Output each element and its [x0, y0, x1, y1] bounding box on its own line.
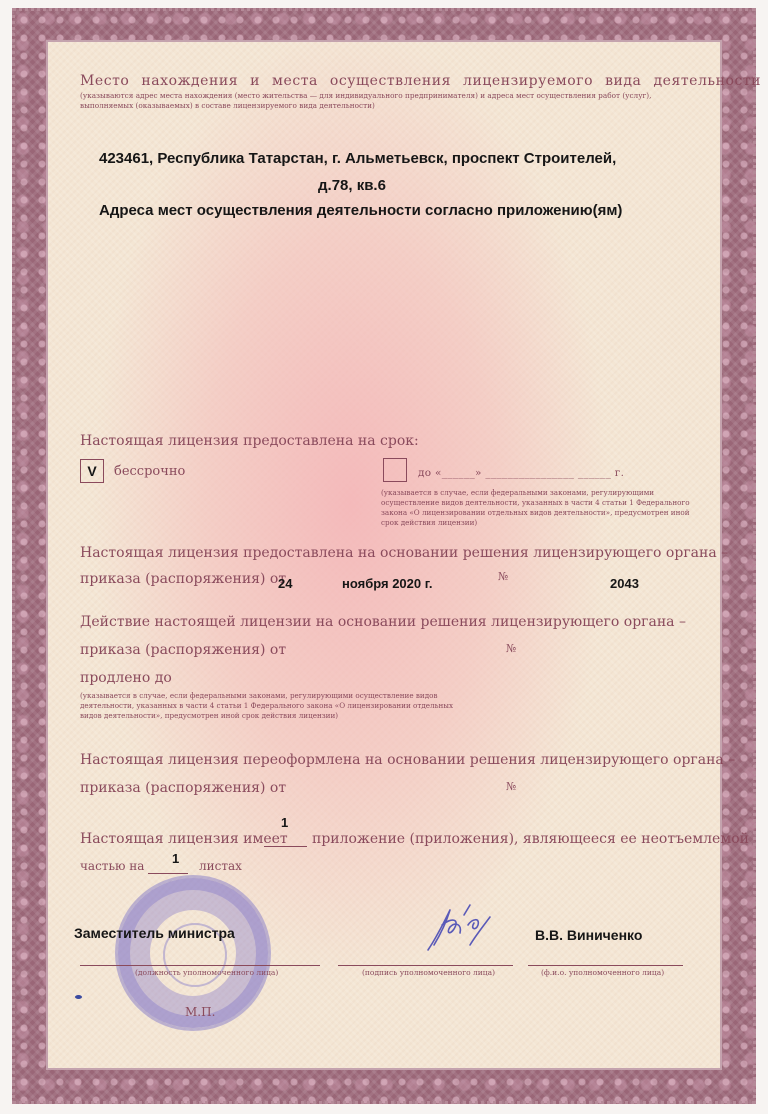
- extension-note-3: видов деятельности», предусмотрен иной с…: [80, 711, 338, 721]
- appendix-text-before: Настоящая лицензия имеет: [80, 831, 288, 847]
- address-appendix-note: Адреса мест осуществления деятельности с…: [99, 202, 622, 219]
- basis-day: 24: [278, 576, 292, 591]
- signatory-position: Заместитель министра: [74, 925, 235, 941]
- appendix-line2-after: листах: [199, 859, 242, 873]
- reissue-order-label: приказа (распоряжения) от: [80, 780, 286, 796]
- location-heading: Место нахождения и места осуществления л…: [80, 73, 761, 89]
- position-caption: (должность уполномоченного лица): [135, 968, 278, 978]
- signatory-name: В.В. Виниченко: [535, 927, 642, 943]
- until-date-checkbox[interactable]: [383, 458, 407, 482]
- unlimited-checkbox[interactable]: V: [80, 459, 104, 483]
- basis-label: Настоящая лицензия предоставлена на осно…: [80, 545, 728, 561]
- appendix-count: 1: [281, 815, 288, 830]
- address-line-1: 423461, Республика Татарстан, г. Альметь…: [99, 150, 616, 167]
- ink-dot: [75, 995, 82, 999]
- signature-caption: (подпись уполномоченного лица): [362, 968, 495, 978]
- extension-number-label: №: [506, 642, 516, 655]
- appendix-line2-before: частью на: [80, 859, 144, 873]
- location-note-1: (указываются адрес места нахождения (мес…: [80, 91, 651, 101]
- signature-scribble: [420, 895, 500, 955]
- term-label: Настоящая лицензия предоставлена на срок…: [80, 433, 419, 449]
- extension-note-1: (указывается в случае, если федеральными…: [80, 691, 438, 701]
- appendix-text-after: приложение (приложения), являющееся ее н…: [312, 831, 749, 847]
- seal-place-label: М.П.: [185, 1005, 215, 1019]
- reissue-number-label: №: [506, 780, 516, 793]
- until-date-field: до «______» ________________ ______ г.: [418, 467, 624, 479]
- basis-order-label: приказа (распоряжения) от: [80, 571, 286, 587]
- extended-until-label: продлено до: [80, 670, 172, 686]
- extension-label: Действие настоящей лицензии на основании…: [80, 614, 686, 630]
- appendix-sheets: 1: [172, 851, 179, 866]
- signature-line: [338, 965, 513, 966]
- extension-note-2: деятельности, указанных в части 4 статьи…: [80, 701, 453, 711]
- unlimited-label: бессрочно: [114, 464, 185, 479]
- address-line-2: д.78, кв.6: [318, 177, 386, 194]
- check-mark-icon: V: [87, 463, 96, 479]
- position-line: [80, 965, 320, 966]
- until-date-note: (указывается в случае, если федеральными…: [381, 488, 691, 528]
- basis-number-label: №: [498, 570, 508, 583]
- extension-order-label: приказа (распоряжения) от: [80, 642, 286, 658]
- appendix-sheets-line: [148, 873, 188, 874]
- appendix-count-line: [264, 846, 307, 847]
- reissue-label: Настоящая лицензия переоформлена на осно…: [80, 752, 735, 768]
- name-line: [528, 965, 683, 966]
- location-note-2: выполняемых (оказываемых) в составе лице…: [80, 101, 375, 111]
- basis-month-year: ноября 2020 г.: [342, 576, 432, 591]
- name-caption: (ф.и.о. уполномоченного лица): [541, 968, 664, 978]
- basis-number: 2043: [610, 576, 639, 591]
